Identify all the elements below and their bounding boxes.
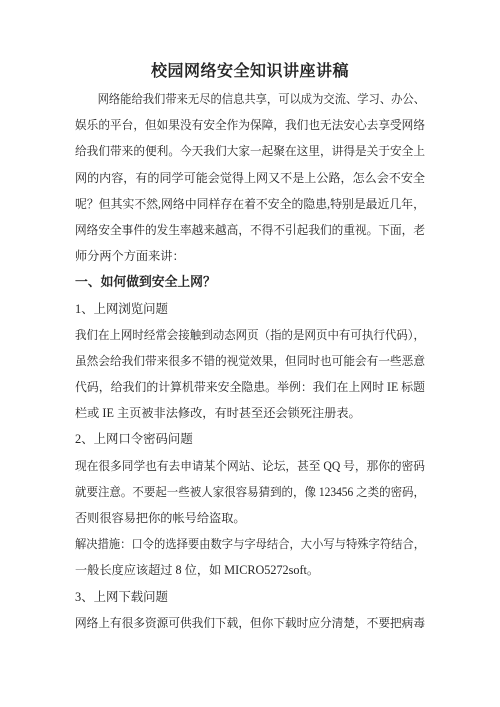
text-line-content: 否则很容易把你的帐号给盗取。 [75,505,246,531]
text-line: 就要注意。不要起一些被人家很容易猜到的，像 123456 之类的密码， [75,479,425,505]
text-line-content: 2、上网口令密码问题 [75,426,193,452]
paragraph: 网络上有很多资源可供我们下载，但你下载时应分清楚，不要把病毒 [75,610,425,636]
paragraph: 我们在上网时经常会接触到动态网页（指的是网页中有可执行代码），虽然会给我们带来很… [75,322,425,427]
text-line-content: 解决措施：口令的选择要由数字与字母结合，大小写与特殊字符结合， [75,531,425,557]
text-line-content: 现在很多同学也有去申请某个网站、论坛，甚至 QQ 号，那你的密码 [75,453,425,479]
text-line: 一般长度应该超过 8 位，如 MICRO5272soft。 [75,557,425,583]
text-line-content: 我们在上网时经常会接触到动态网页（指的是网页中有可执行代码）， [75,322,425,348]
paragraph: 网络能给我们带来无尽的信息共享，可以成为交流、学习、办公、娱乐的平台，但如果没有… [75,86,425,269]
text-line-content: 3、上网下载问题 [75,584,168,610]
text-line-content: 虽然会给我们带来很多不错的视觉效果，但同时也可能会有一些恶意 [75,348,425,374]
text-line-content: 网络上有很多资源可供我们下载，但你下载时应分清楚，不要把病毒 [75,610,425,636]
text-line: 否则很容易把你的帐号给盗取。 [75,505,425,531]
text-line: 栏或 IE 主页被非法修改，有时甚至还会锁死注册表。 [75,400,425,426]
text-line: 3、上网下载问题 [75,584,425,610]
text-line: 师分两个方面来讲： [75,243,425,269]
document-page: 校园网络安全知识讲座讲稿 网络能给我们带来无尽的信息共享，可以成为交流、学习、办… [0,0,500,707]
text-line-content: 栏或 IE 主页被非法修改，有时甚至还会锁死注册表。 [75,400,361,426]
text-line: 一、如何做到安全上网？ [75,269,425,295]
text-line: 网络安全事件的发生率越来越高，不得不引起我们的重视。下面，老 [75,217,425,243]
text-line-content: 一、如何做到安全上网？ [75,269,216,295]
text-line: 我们在上网时经常会接触到动态网页（指的是网页中有可执行代码）， [75,322,425,348]
subheading: 1、上网浏览问题 [75,296,425,322]
paragraph: 现在很多同学也有去申请某个网站、论坛，甚至 QQ 号，那你的密码就要注意。不要起… [75,453,425,532]
text-line: 2、上网口令密码问题 [75,426,425,452]
text-line: 1、上网浏览问题 [75,296,425,322]
text-line-content: 网络安全事件的发生率越来越高，不得不引起我们的重视。下面，老 [75,217,425,243]
text-line: 娱乐的平台，但如果没有安全作为保障，我们也无法安心去享受网络 [75,112,425,138]
text-line: 网络上有很多资源可供我们下载，但你下载时应分清楚，不要把病毒 [75,610,425,636]
document-body: 网络能给我们带来无尽的信息共享，可以成为交流、学习、办公、娱乐的平台，但如果没有… [75,86,425,636]
text-line-content: 就要注意。不要起一些被人家很容易猜到的，像 123456 之类的密码， [75,479,425,505]
text-line-content: 呢？但其实不然,网络中同样存在着不安全的隐患,特别是最近几年， [75,191,425,217]
heading: 一、如何做到安全上网？ [75,269,425,295]
text-line-content: 娱乐的平台，但如果没有安全作为保障，我们也无法安心去享受网络 [75,112,425,138]
text-line: 给我们带来的便利。今天我们大家一起聚在这里，讲得是关于安全上 [75,138,425,164]
text-line-content: 网络能给我们带来无尽的信息共享，可以成为交流、学习、办公、 [75,86,425,112]
text-line-content: 一般长度应该超过 8 位，如 MICRO5272soft。 [75,557,319,583]
text-line: 网的内容，有的同学可能会觉得上网又不是上公路，怎么会不安全 [75,165,425,191]
paragraph: 解决措施：口令的选择要由数字与字母结合，大小写与特殊字符结合，一般长度应该超过 … [75,531,425,583]
text-line-content: 网的内容，有的同学可能会觉得上网又不是上公路，怎么会不安全 [75,165,425,191]
document-title: 校园网络安全知识讲座讲稿 [0,0,500,86]
text-line: 网络能给我们带来无尽的信息共享，可以成为交流、学习、办公、 [75,86,425,112]
subheading: 2、上网口令密码问题 [75,426,425,452]
text-line-content: 师分两个方面来讲： [75,243,185,269]
text-line: 解决措施：口令的选择要由数字与字母结合，大小写与特殊字符结合， [75,531,425,557]
subheading: 3、上网下载问题 [75,584,425,610]
text-line: 虽然会给我们带来很多不错的视觉效果，但同时也可能会有一些恶意 [75,348,425,374]
text-line: 呢？但其实不然,网络中同样存在着不安全的隐患,特别是最近几年， [75,191,425,217]
text-line-content: 给我们带来的便利。今天我们大家一起聚在这里，讲得是关于安全上 [75,138,425,164]
text-line: 现在很多同学也有去申请某个网站、论坛，甚至 QQ 号，那你的密码 [75,453,425,479]
text-line-content: 代码，给我们的计算机带来安全隐患。举例：我们在上网时 IE 标题 [75,374,425,400]
text-line: 代码，给我们的计算机带来安全隐患。举例：我们在上网时 IE 标题 [75,374,425,400]
text-line-content: 1、上网浏览问题 [75,296,168,322]
